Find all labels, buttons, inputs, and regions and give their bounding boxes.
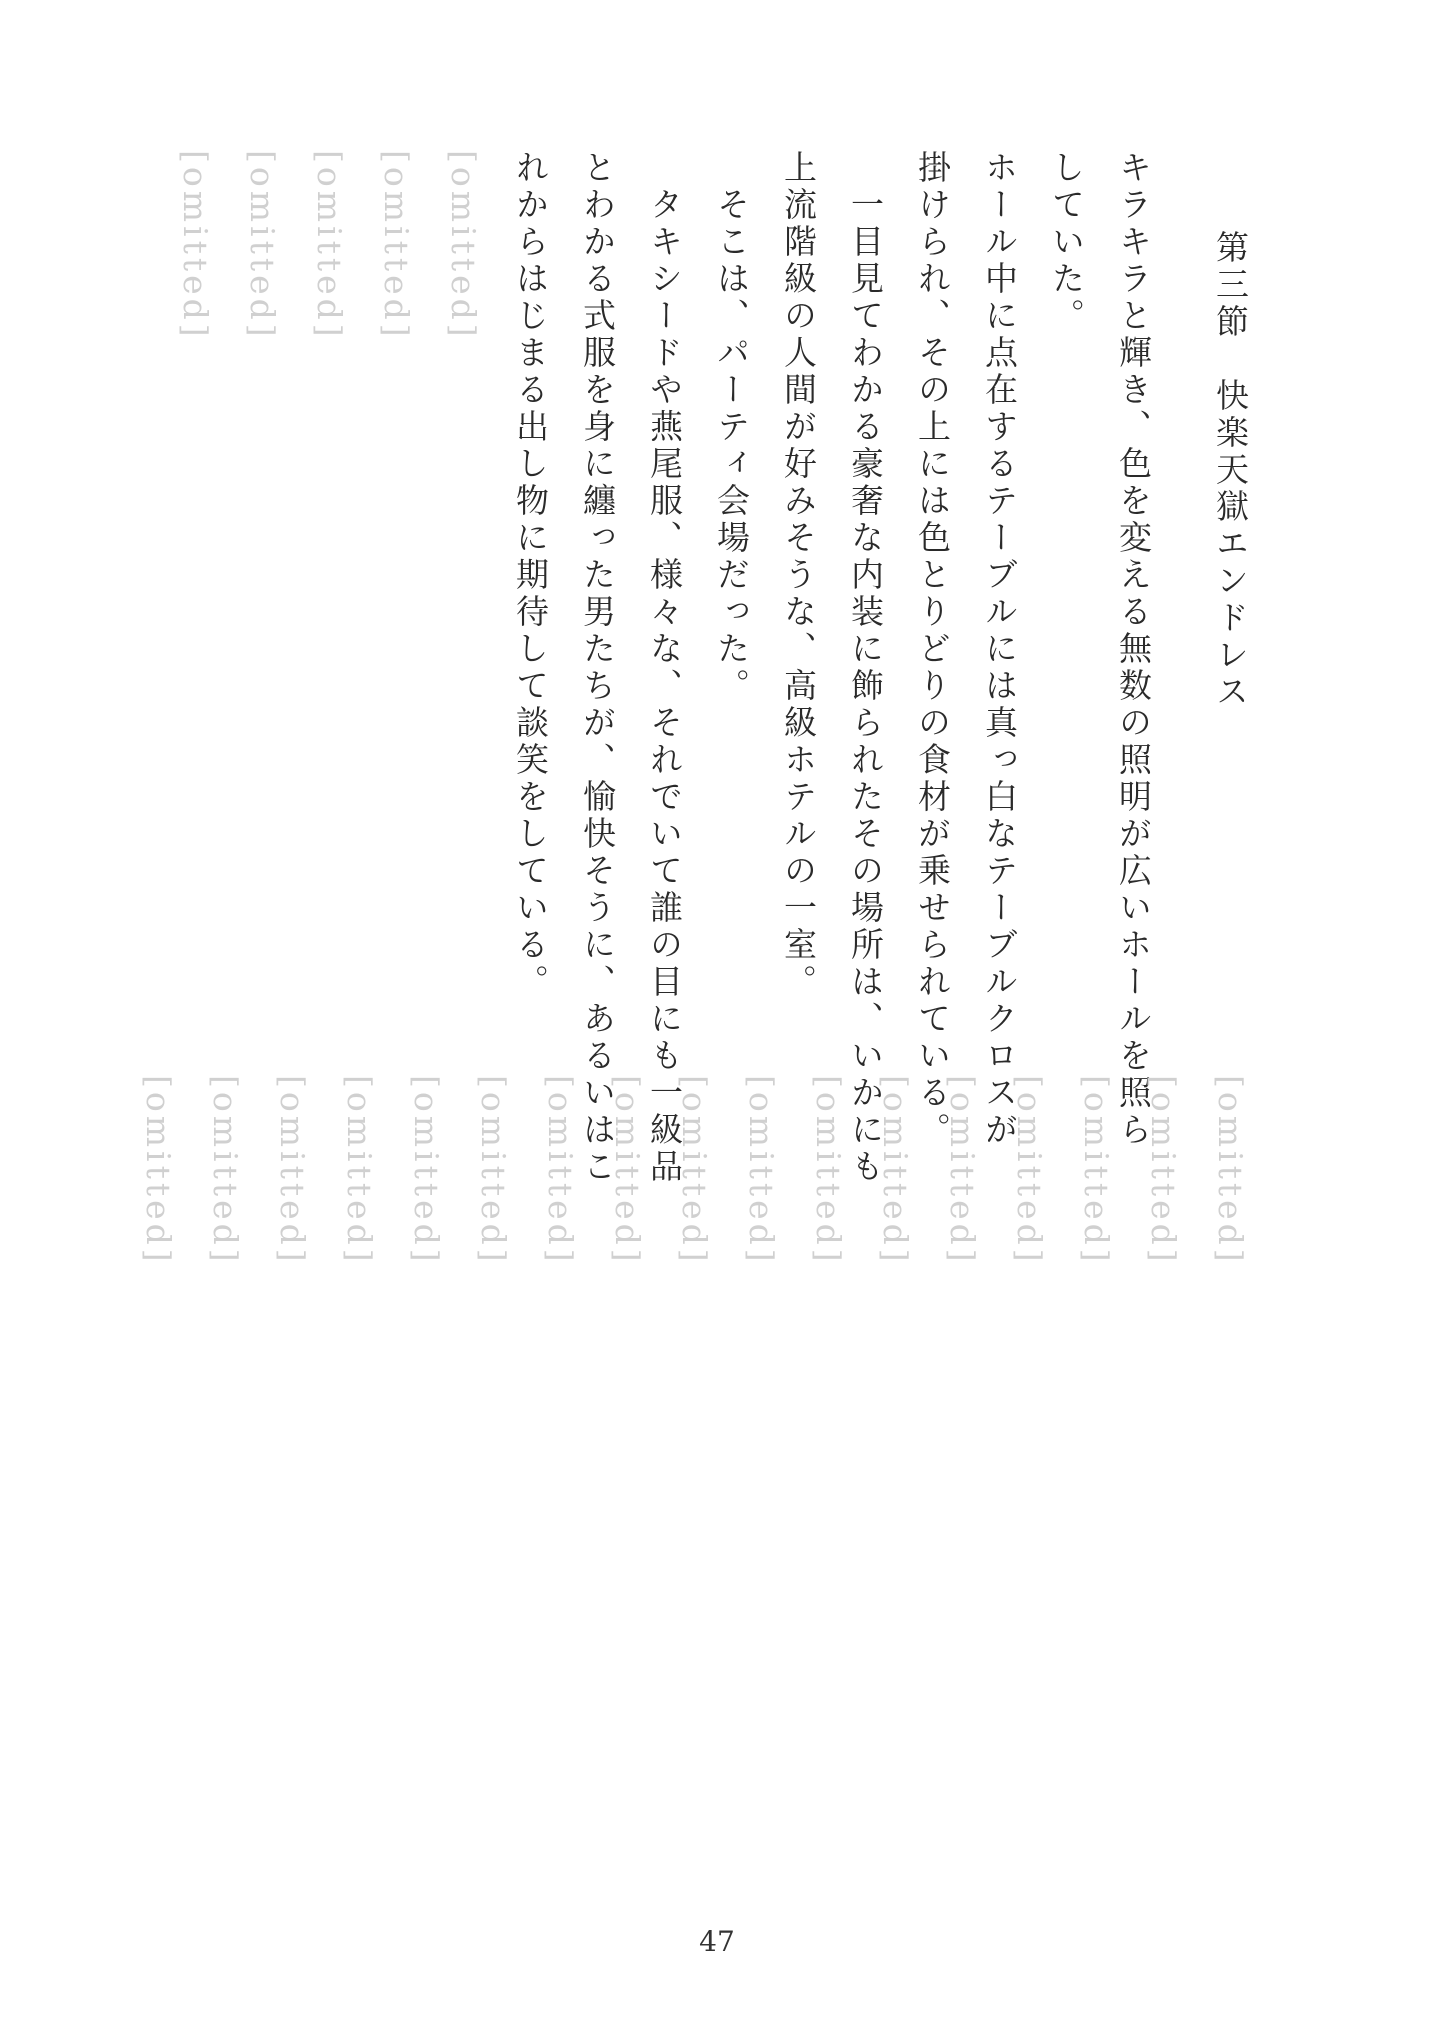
text-column: れからはじまる出し物に期待して談笑をしている。: [497, 150, 564, 990]
text-block-bottom: [omitted] [omitted] [omitted] [omitted] …: [125, 1075, 1264, 1915]
text-column-omitted: [omitted]: [229, 150, 296, 990]
text-column: ホール中に点在するテーブルには真っ白なテーブルクロスが: [966, 150, 1033, 990]
text-column: そこは、パーティ会場だった。: [698, 150, 765, 990]
text-column: とわかる式服を身に纏った男たちが、愉快そうに、あるいはこ: [564, 150, 631, 990]
text-column-omitted: [omitted]: [125, 1075, 192, 1915]
text-column-omitted: [omitted]: [594, 1075, 661, 1915]
page-number: 47: [0, 1925, 1434, 1958]
text-column-omitted: [omitted]: [1063, 1075, 1130, 1915]
text-column-omitted: [omitted]: [661, 1075, 728, 1915]
text-column: 一目見てわかる豪奢な内装に飾られたその場所は、いかにも: [832, 150, 899, 990]
text-column-omitted: [omitted]: [795, 1075, 862, 1915]
text-column-omitted: [omitted]: [430, 150, 497, 990]
text-column-omitted: [omitted]: [259, 1075, 326, 1915]
text-column: キラキラと輝き、色を変える無数の照明が広いホールを照ら: [1100, 150, 1167, 990]
section-heading: 第三節 快楽天獄エンドレス: [1197, 150, 1264, 990]
text-column: 上流階級の人間が好みそうな、高級ホテルの一室。: [765, 150, 832, 990]
text-column-omitted: [omitted]: [862, 1075, 929, 1915]
text-column-omitted: [omitted]: [363, 150, 430, 990]
text-column-omitted: [omitted]: [162, 150, 229, 990]
text-column-omitted: [omitted]: [393, 1075, 460, 1915]
text-column: タキシードや燕尾服、様々な、それでいて誰の目にも一級品: [631, 150, 698, 990]
text-column: していた。: [1033, 150, 1100, 990]
text-column-omitted: [omitted]: [1130, 1075, 1197, 1915]
text-column-omitted: [omitted]: [996, 1075, 1063, 1915]
text-column-omitted: [omitted]: [460, 1075, 527, 1915]
text-column-omitted: [omitted]: [527, 1075, 594, 1915]
text-column-omitted: [omitted]: [1197, 1075, 1264, 1915]
text-column-omitted: [omitted]: [728, 1075, 795, 1915]
text-block-top: 第三節 快楽天獄エンドレス キラキラと輝き、色を変える無数の照明が広いホールを照…: [162, 150, 1264, 990]
text-column-omitted: [omitted]: [192, 1075, 259, 1915]
text-column: 掛けられ、その上には色とりどりの食材が乗せられている。: [899, 150, 966, 990]
text-column-omitted: [omitted]: [326, 1075, 393, 1915]
text-column-omitted: [omitted]: [296, 150, 363, 990]
text-column-omitted: [omitted]: [929, 1075, 996, 1915]
